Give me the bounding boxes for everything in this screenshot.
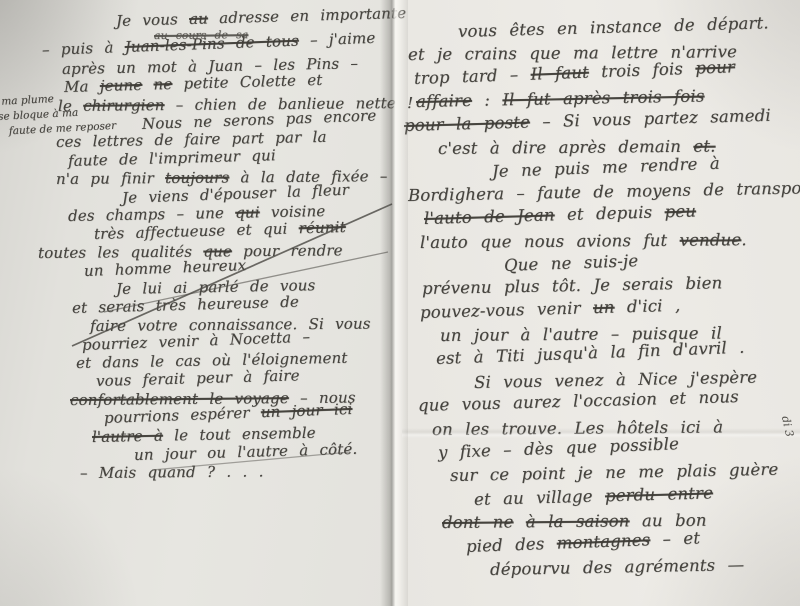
text-segment: que vous aurez l'occasion et nous bbox=[418, 387, 739, 415]
handwriting-line: – Mais quand ? . . . bbox=[80, 462, 394, 483]
text-segment: pouvez-vous venir bbox=[420, 298, 593, 322]
text-segment: Que ne suis-je bbox=[504, 251, 639, 275]
text-segment: vous ferait peur à faire bbox=[96, 367, 300, 391]
struck-text: pour la poste bbox=[404, 112, 530, 135]
struck-text: dont ne bbox=[442, 513, 514, 533]
handwriting-line: dépourvu des agréments — bbox=[490, 552, 800, 581]
struck-text: Juan-les-Pins de tous bbox=[124, 32, 299, 56]
struck-text: un bbox=[593, 297, 615, 317]
text-segment: trop tard – bbox=[414, 65, 531, 88]
text-segment: et depuis bbox=[554, 202, 664, 224]
center-fold-crease bbox=[380, 0, 408, 606]
struck-text: pour bbox=[695, 57, 735, 77]
text-segment: trois fois bbox=[589, 58, 696, 81]
letter-scan: ma plume se bloque à ma faute de me repo… bbox=[0, 0, 800, 606]
text-segment: – Mais quand ? . . . bbox=[80, 463, 264, 483]
text-segment bbox=[513, 512, 526, 531]
text-segment: dépourvu des agréments — bbox=[490, 555, 745, 579]
text-segment: – Si vous partez samedi bbox=[530, 105, 771, 131]
struck-text: qui bbox=[235, 203, 260, 221]
text-segment: – j'aime bbox=[298, 29, 375, 50]
left-page-text: Je vous au adresse en importanteau cours… bbox=[50, 12, 394, 483]
struck-text: montagnes bbox=[556, 530, 650, 552]
text-segment: : bbox=[472, 91, 503, 111]
text-segment: et au village bbox=[474, 486, 605, 509]
text-segment: – puis à bbox=[42, 38, 125, 59]
struck-text: l'auto de Jean bbox=[424, 205, 555, 228]
text-segment: très affectueuse et qui bbox=[94, 220, 299, 244]
text-segment: – et bbox=[650, 528, 700, 549]
struck-text: réunit bbox=[298, 218, 346, 237]
text-segment: Je vous bbox=[116, 10, 190, 30]
margin-note: ma plume se bloque à ma faute de me repo… bbox=[1, 85, 183, 139]
right-page-text: vous êtes en instance de départ.et je cr… bbox=[408, 20, 800, 581]
struck-text: l'autre à bbox=[92, 426, 163, 445]
text-segment: petite Colette et bbox=[172, 71, 323, 93]
horizontal-crease bbox=[402, 428, 800, 438]
struck-text: toujours bbox=[165, 169, 229, 188]
struck-text: Il faut bbox=[530, 62, 589, 83]
text-segment: et serais très heureuse de bbox=[72, 293, 299, 317]
text-segment: Je ne puis me rendre à bbox=[492, 154, 720, 181]
struck-text: au bbox=[189, 9, 208, 28]
struck-text: affaire bbox=[416, 91, 472, 111]
struck-text: perdu entre bbox=[605, 483, 714, 505]
struck-text: à la saison bbox=[526, 512, 630, 532]
text-segment: n'a pu finir bbox=[56, 169, 165, 188]
struck-text: peu bbox=[664, 202, 696, 222]
text-segment: d'ici , bbox=[614, 295, 680, 316]
struck-text: un jour ici bbox=[260, 400, 352, 421]
text-segment: pied des bbox=[466, 533, 557, 555]
